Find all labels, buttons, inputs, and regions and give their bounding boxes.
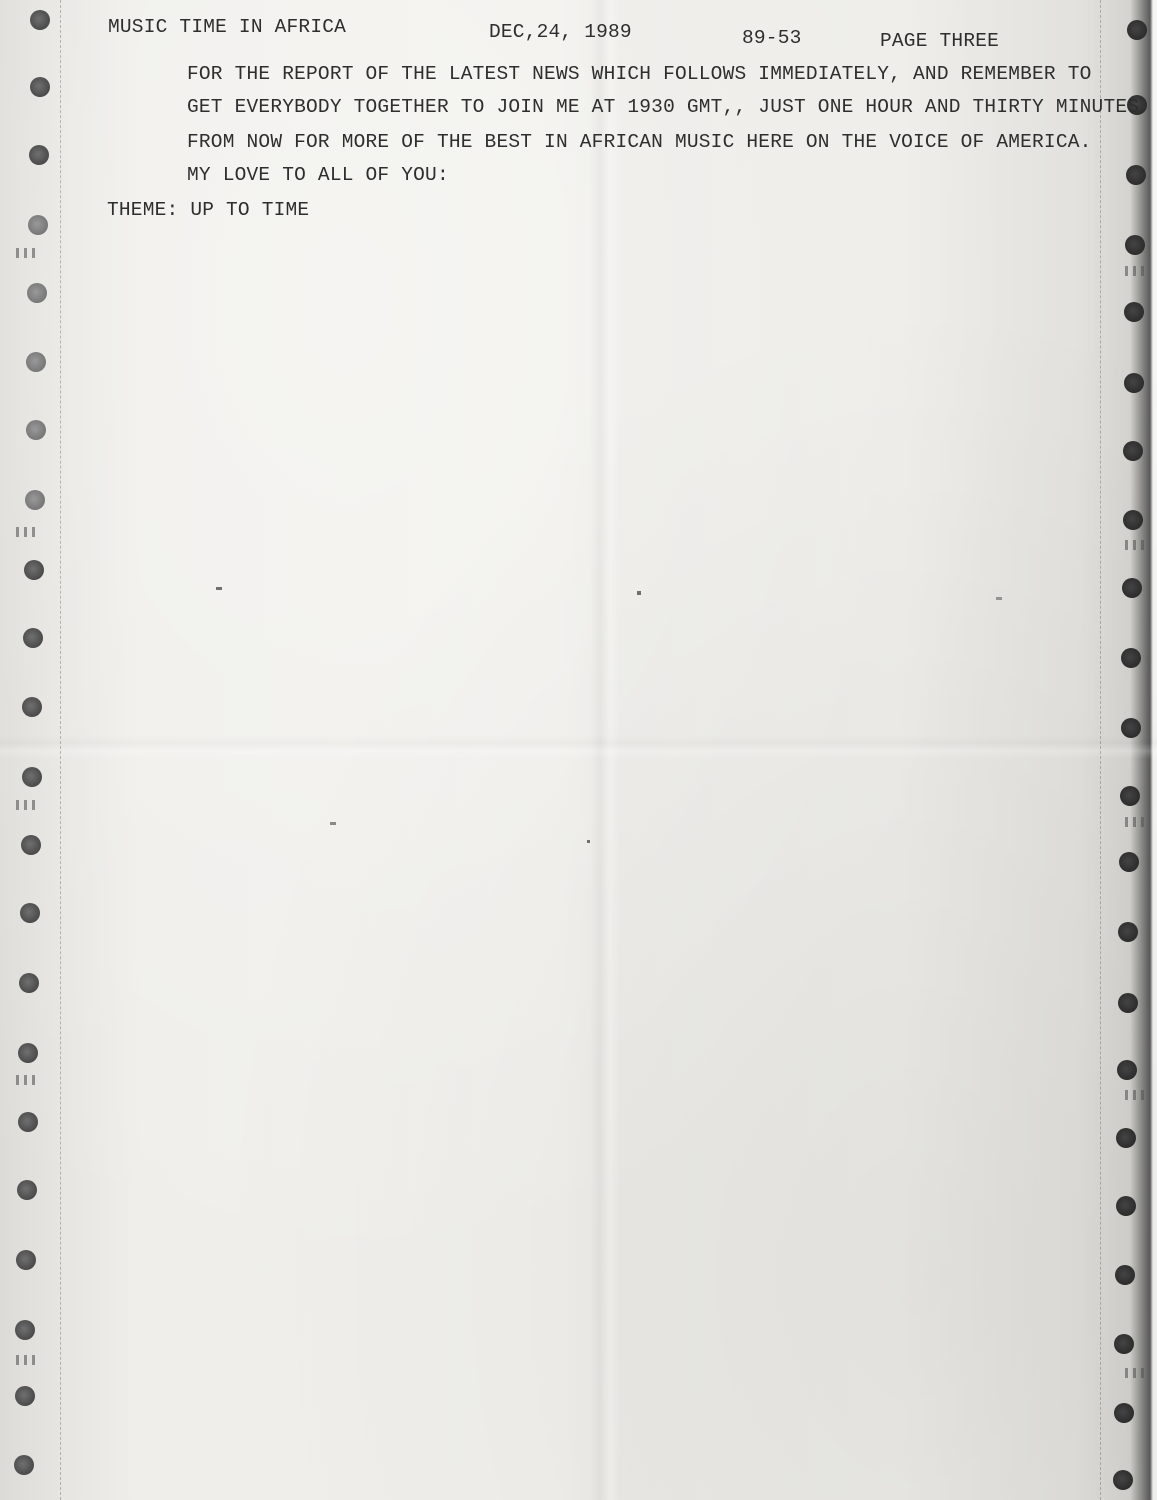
tractor-feed-hole <box>26 352 46 372</box>
stray-mark <box>637 591 641 595</box>
perforation-slits <box>16 248 35 258</box>
tractor-feed-hole <box>1121 648 1141 668</box>
tractor-feed-hole <box>14 1455 34 1475</box>
tractor-feed-hole <box>1127 20 1147 40</box>
tractor-feed-hole <box>1113 1470 1133 1490</box>
tractor-feed-hole <box>18 1112 38 1132</box>
tractor-feed-hole <box>1124 302 1144 322</box>
program-code: 89-53 <box>742 29 802 49</box>
tractor-feed-hole <box>25 490 45 510</box>
perforation-slits <box>16 527 35 537</box>
tractor-feed-hole <box>1119 852 1139 872</box>
horizontal-fold-crease <box>0 735 1157 759</box>
perforation-slits <box>16 1075 35 1085</box>
theme-cue: THEME: UP TO TIME <box>107 201 309 221</box>
tractor-feed-hole <box>1114 1403 1134 1423</box>
left-perforation-line <box>60 0 61 1500</box>
tractor-feed-hole <box>15 1386 35 1406</box>
tractor-feed-hole <box>1116 1196 1136 1216</box>
page-label: PAGE THREE <box>880 32 999 52</box>
right-perforation-line <box>1100 0 1101 1500</box>
tractor-feed-hole <box>1118 993 1138 1013</box>
program-title: MUSIC TIME IN AFRICA <box>108 18 346 38</box>
stray-mark <box>996 597 1002 600</box>
tractor-feed-hole <box>1115 1265 1135 1285</box>
tractor-feed-hole <box>17 1180 37 1200</box>
tractor-feed-hole <box>1124 373 1144 393</box>
tractor-feed-hole <box>23 628 43 648</box>
tractor-feed-hole <box>1123 441 1143 461</box>
tractor-feed-hole <box>15 1320 35 1340</box>
perforation-slits <box>16 800 35 810</box>
tractor-feed-hole <box>18 1043 38 1063</box>
script-line: MY LOVE TO ALL OF YOU: <box>187 166 449 186</box>
perforation-slits <box>1125 266 1144 276</box>
tractor-feed-hole <box>29 145 49 165</box>
tractor-feed-hole <box>1114 1334 1134 1354</box>
tractor-feed-hole <box>28 215 48 235</box>
perforation-slits <box>1125 540 1144 550</box>
perforation-slits <box>16 1355 35 1365</box>
tractor-feed-hole <box>1118 922 1138 942</box>
stray-mark <box>216 587 222 590</box>
tractor-feed-hole <box>1121 718 1141 738</box>
tractor-feed-hole <box>1123 510 1143 530</box>
tractor-feed-hole <box>21 835 41 855</box>
tractor-feed-hole <box>19 973 39 993</box>
tractor-feed-hole <box>30 10 50 30</box>
tractor-feed-hole <box>22 697 42 717</box>
tractor-feed-hole <box>27 283 47 303</box>
tractor-feed-hole <box>1117 1060 1137 1080</box>
tractor-feed-hole <box>1116 1128 1136 1148</box>
tractor-feed-hole <box>22 767 42 787</box>
tractor-feed-hole <box>1120 786 1140 806</box>
script-line: GET EVERYBODY TOGETHER TO JOIN ME AT 193… <box>187 98 1139 118</box>
perforation-slits <box>1125 1090 1144 1100</box>
tractor-feed-hole <box>30 77 50 97</box>
perforation-slits <box>1125 817 1144 827</box>
tractor-feed-hole <box>26 420 46 440</box>
tractor-feed-hole <box>20 903 40 923</box>
tractor-feed-hole <box>1125 235 1145 255</box>
broadcast-date: DEC,24, 1989 <box>489 23 632 43</box>
stray-mark <box>587 840 590 843</box>
script-line: FROM NOW FOR MORE OF THE BEST IN AFRICAN… <box>187 133 1092 153</box>
tractor-feed-hole <box>24 560 44 580</box>
tractor-feed-hole <box>1126 165 1146 185</box>
perforation-slits <box>1125 1368 1144 1378</box>
tractor-feed-hole <box>1122 578 1142 598</box>
script-line: FOR THE REPORT OF THE LATEST NEWS WHICH … <box>187 65 1092 85</box>
stray-mark <box>330 822 336 825</box>
tractor-feed-hole <box>16 1250 36 1270</box>
